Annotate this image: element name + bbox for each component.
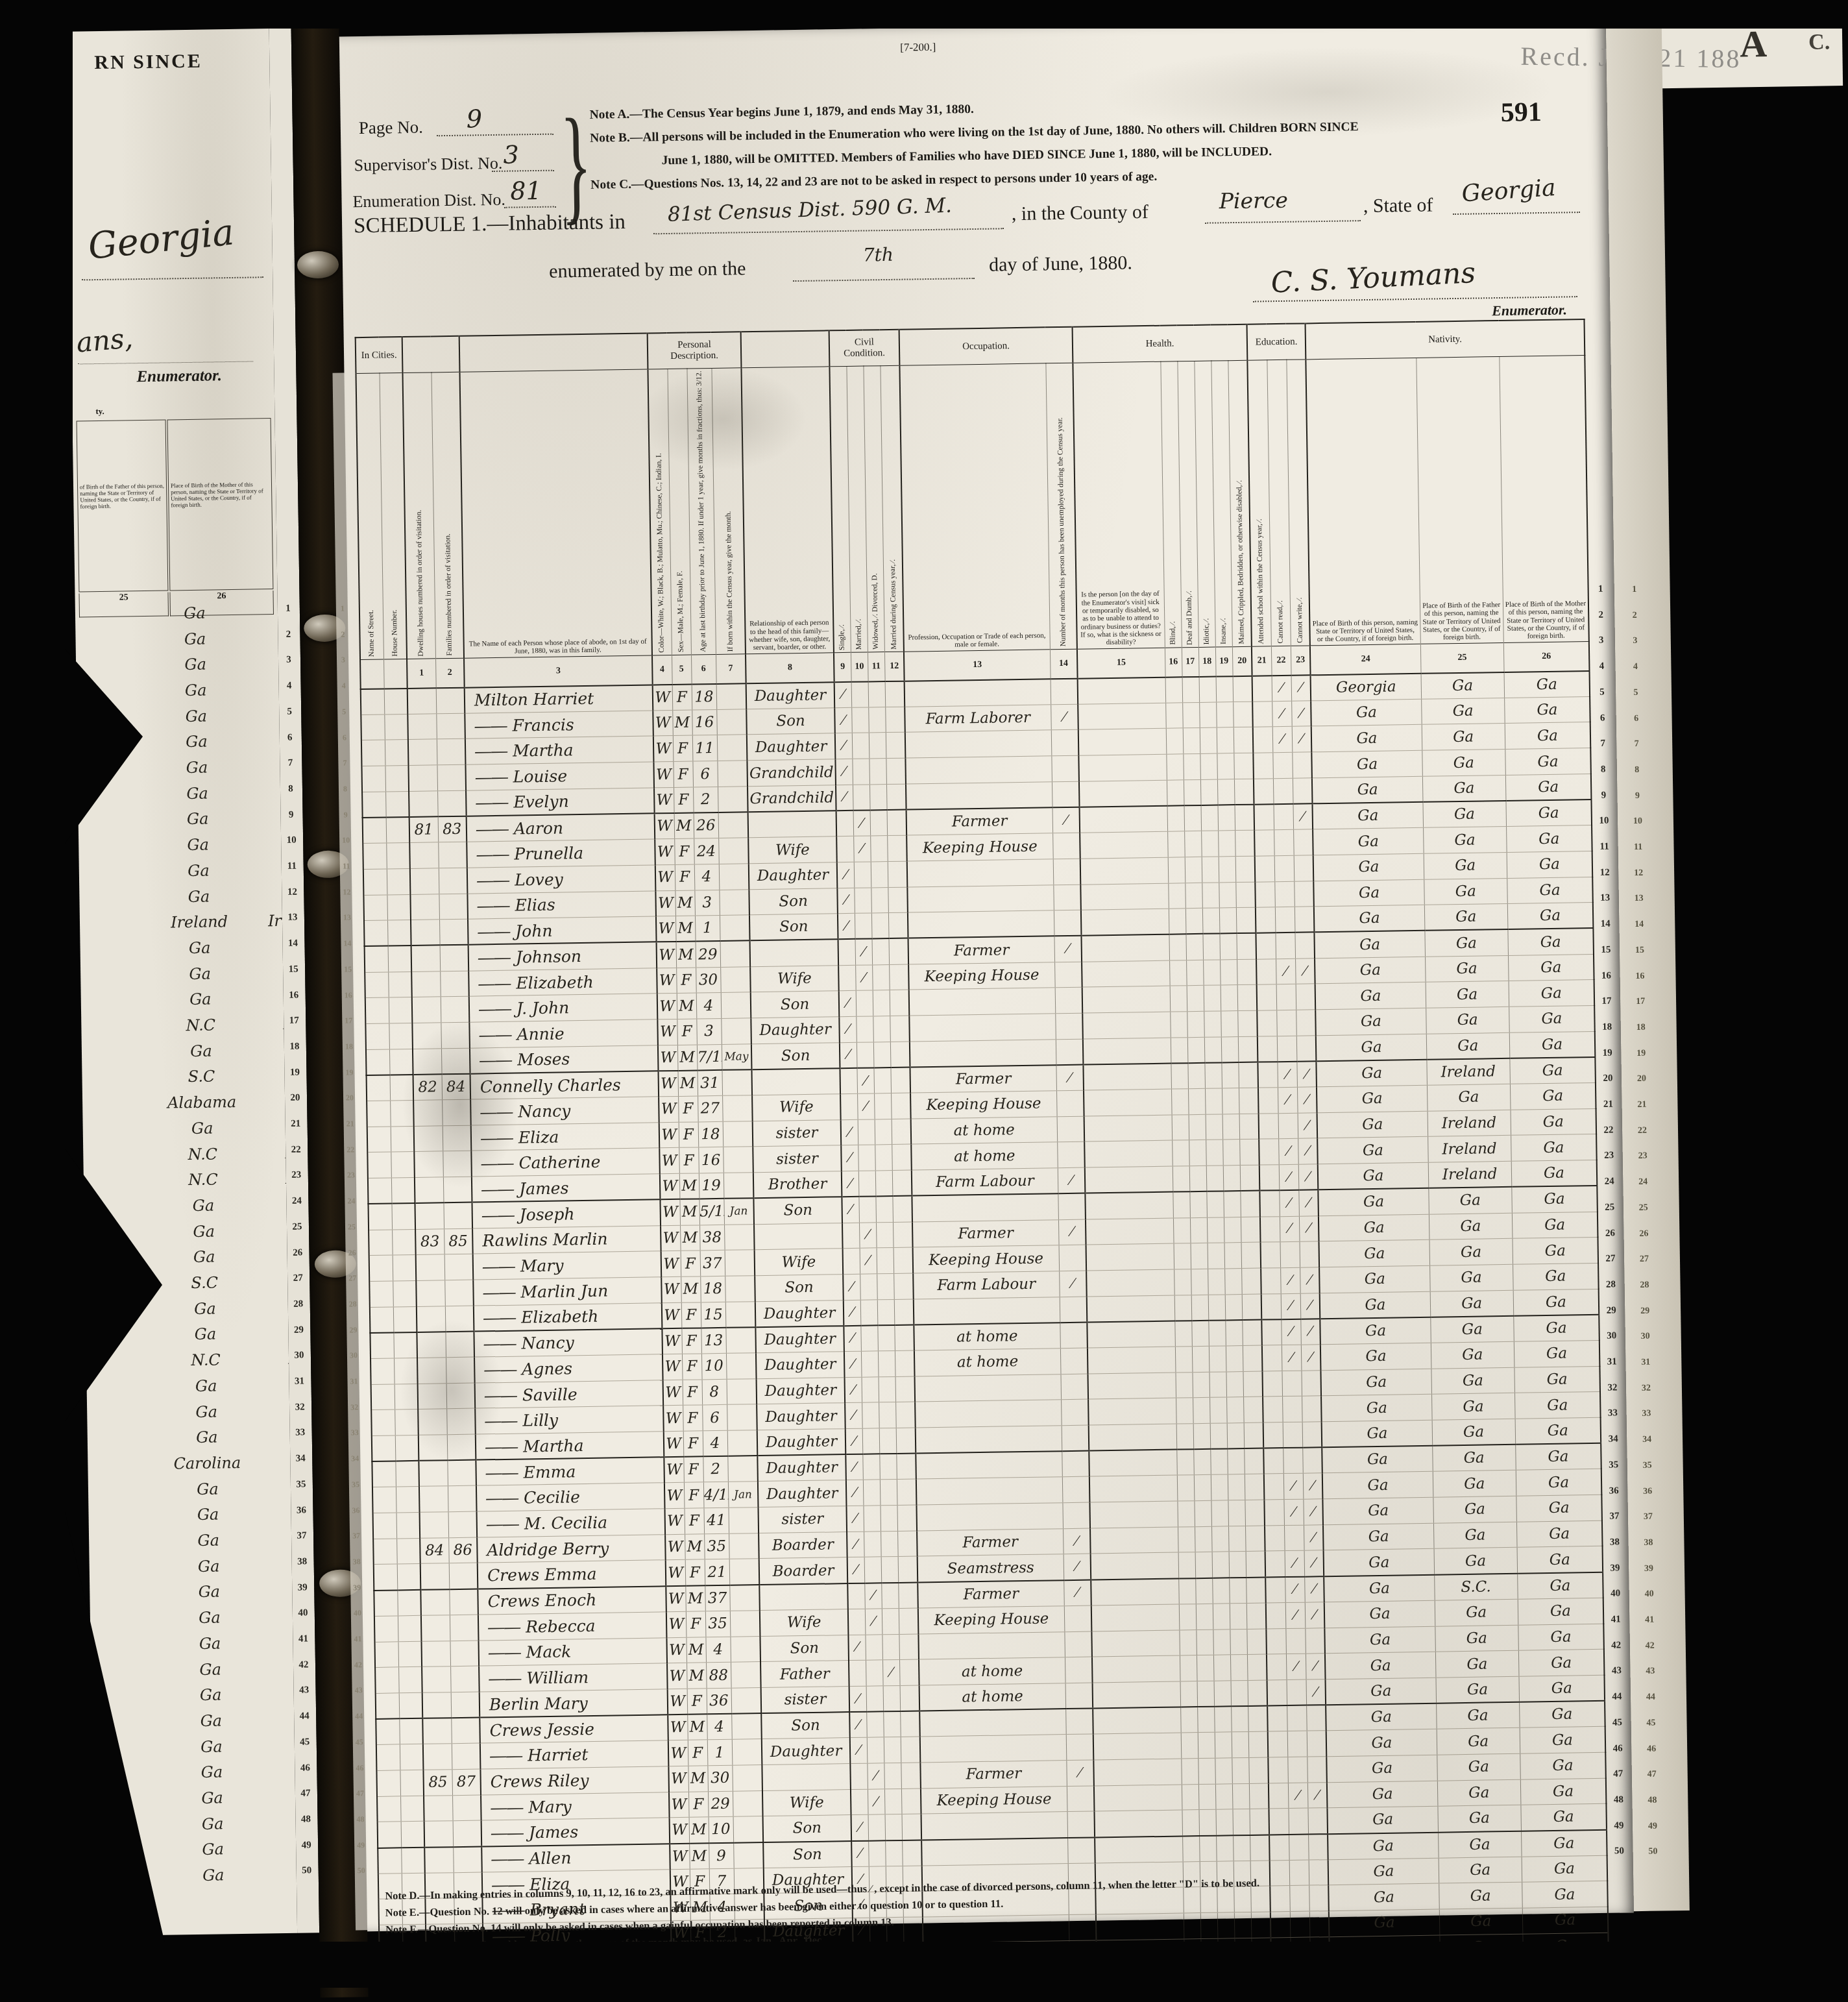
row-number: 47 bbox=[296, 1788, 315, 1799]
cell-idiotic bbox=[1212, 1552, 1230, 1578]
cell-age: 18 bbox=[692, 684, 717, 710]
cell-color: W bbox=[668, 1766, 688, 1792]
cell-color: W bbox=[660, 1174, 680, 1200]
cell-fbirth: Ga bbox=[1424, 904, 1508, 931]
cell-deaf bbox=[1185, 883, 1202, 909]
cell-sick bbox=[1078, 729, 1167, 756]
cell-insane bbox=[1219, 882, 1236, 908]
cell-deaf bbox=[1198, 1733, 1215, 1759]
cell-single bbox=[848, 1609, 866, 1635]
cell-idiotic bbox=[1209, 1346, 1226, 1372]
cell-street bbox=[363, 818, 387, 844]
cell-street bbox=[361, 714, 385, 740]
cell-rel: Daughter bbox=[757, 1377, 845, 1404]
cell-idiotic bbox=[1212, 1578, 1230, 1604]
cell-age: 24 bbox=[694, 838, 719, 864]
cell-family bbox=[453, 1820, 482, 1846]
cell-insane bbox=[1228, 1526, 1246, 1552]
cell-color: W bbox=[659, 1096, 679, 1122]
row-number: 47 bbox=[1609, 1768, 1628, 1779]
cell-fbirth: S.C. bbox=[1434, 1573, 1518, 1600]
cell-mbirth: Ga bbox=[1506, 800, 1592, 827]
cell-color: W bbox=[661, 1251, 681, 1277]
cell-family bbox=[450, 1641, 479, 1666]
cell-family bbox=[448, 1511, 478, 1537]
cell-street bbox=[368, 1178, 392, 1204]
cell-cread bbox=[1284, 1525, 1304, 1551]
cell-maimed bbox=[1245, 1474, 1265, 1500]
row-number: 5 bbox=[1626, 688, 1646, 698]
cell-widowed bbox=[879, 1428, 897, 1454]
cell-insane bbox=[1224, 1243, 1242, 1269]
cell-married: ∕ bbox=[857, 1093, 875, 1119]
cell-fbirth: Ga bbox=[1439, 1908, 1523, 1935]
col-number-sick: 15 bbox=[1077, 648, 1165, 678]
cell-fbirth: Ga bbox=[1437, 1779, 1521, 1807]
cell-occ bbox=[917, 1503, 1064, 1531]
cell-maimed bbox=[1234, 727, 1254, 753]
cell-sick bbox=[1091, 1604, 1180, 1631]
cell-insane bbox=[1216, 702, 1234, 727]
cell-maimed bbox=[1233, 676, 1253, 702]
cell-month bbox=[730, 1636, 760, 1662]
cell-fbirth: Ga bbox=[1421, 698, 1505, 725]
row-number: 15 bbox=[1596, 944, 1616, 955]
cell-single: ∕ bbox=[834, 681, 852, 707]
row-number: 11 bbox=[1594, 841, 1614, 852]
cell-name: ―― James bbox=[472, 1174, 661, 1202]
cell-birth: Ga bbox=[1322, 1472, 1433, 1499]
cell-name: ―― Elias bbox=[467, 890, 656, 919]
page-no-value: 9 bbox=[466, 104, 482, 133]
cell-family bbox=[439, 919, 468, 945]
cell-color: W bbox=[657, 942, 677, 968]
cell-deaf bbox=[1196, 1630, 1213, 1655]
cell-street bbox=[365, 972, 389, 998]
cell-fbirth: Ga bbox=[1424, 852, 1507, 879]
cell-name: ―― Emma bbox=[476, 1457, 664, 1485]
cell-insane bbox=[1221, 1036, 1239, 1062]
cell-street bbox=[361, 689, 385, 714]
cell-age: 38 bbox=[699, 1225, 725, 1251]
cell-house bbox=[400, 1770, 424, 1796]
photo-right-edge bbox=[1752, 97, 1848, 1988]
cell-cwrite bbox=[1309, 1911, 1330, 1937]
cell-unemp bbox=[1057, 1116, 1085, 1142]
cell-unemp bbox=[1062, 1476, 1090, 1502]
form-code: [7-200.] bbox=[900, 41, 936, 55]
cell-cwrite: ∕ bbox=[1301, 1345, 1321, 1371]
cell-single: ∕ bbox=[845, 1454, 863, 1480]
cell-street bbox=[365, 997, 389, 1023]
cell-single: ∕ bbox=[844, 1351, 862, 1377]
cell-maimed bbox=[1235, 882, 1256, 908]
cell-mdy bbox=[899, 1608, 919, 1634]
cell-birth: Ga bbox=[1322, 1420, 1433, 1447]
cell-blind bbox=[1174, 1295, 1192, 1321]
cell-widowed bbox=[873, 1042, 891, 1068]
cell-single bbox=[849, 1660, 866, 1686]
cell-mdy bbox=[886, 784, 906, 810]
cell-deaf bbox=[1186, 934, 1204, 960]
cell-unemp bbox=[1054, 962, 1082, 988]
cell-school bbox=[1267, 1679, 1287, 1705]
cell-cwrite bbox=[1293, 778, 1313, 804]
row-number: 14 bbox=[1596, 919, 1615, 930]
cell-unemp bbox=[1054, 910, 1082, 936]
row-number: 23 bbox=[1633, 1151, 1653, 1162]
cell-name: ―― Nancy bbox=[474, 1328, 663, 1357]
cell-deaf bbox=[1200, 1912, 1218, 1938]
cell-month bbox=[730, 1610, 760, 1636]
cell-school bbox=[1258, 1062, 1278, 1088]
cell-street bbox=[367, 1127, 391, 1153]
cell-name: ―― Elizabeth bbox=[474, 1302, 663, 1331]
cell-month bbox=[727, 1404, 757, 1430]
cell-birth: Ga bbox=[1323, 1523, 1434, 1550]
cell-insane bbox=[1234, 1886, 1251, 1912]
cell-dwelling bbox=[413, 1100, 443, 1126]
cell-occ: Farmer bbox=[910, 1065, 1057, 1093]
cell-single bbox=[850, 1763, 868, 1789]
row-number: 38 bbox=[1605, 1537, 1624, 1548]
cell-blind bbox=[1179, 1604, 1197, 1630]
cell-age: 18 bbox=[698, 1121, 723, 1147]
cell-sex: F bbox=[674, 838, 694, 864]
cell-single bbox=[840, 1093, 858, 1119]
cell-maimed bbox=[1241, 1217, 1261, 1243]
row-number: 27 bbox=[288, 1273, 308, 1284]
cell-deaf bbox=[1183, 754, 1200, 780]
row-number: 21 bbox=[286, 1118, 306, 1129]
cell-mbirth: Ga bbox=[1522, 1881, 1608, 1909]
cell-insane bbox=[1229, 1552, 1246, 1578]
cell-maimed bbox=[1237, 984, 1258, 1010]
cell-single: ∕ bbox=[837, 862, 855, 888]
cell-street bbox=[374, 1616, 398, 1642]
cell-rel: Son bbox=[746, 708, 835, 735]
cell-married: ∕ bbox=[867, 1763, 884, 1789]
cell-dwelling bbox=[424, 1821, 454, 1847]
cell-mbirth: Ga bbox=[1512, 1212, 1598, 1239]
cell-mdy bbox=[900, 1711, 920, 1737]
cell-house bbox=[384, 689, 408, 714]
cell-deaf bbox=[1184, 831, 1202, 857]
cell-unemp: ∕ bbox=[1066, 1760, 1094, 1786]
cell-cwrite: ∕ bbox=[1292, 726, 1312, 752]
cell-mdy bbox=[894, 1324, 914, 1350]
cell-age: 2 bbox=[703, 1456, 728, 1482]
cell-rel: Son bbox=[749, 888, 838, 915]
cell-idiotic bbox=[1214, 1681, 1232, 1707]
row-number: 45 bbox=[295, 1737, 315, 1748]
cell-mdy bbox=[900, 1685, 920, 1711]
cell-month bbox=[723, 1121, 753, 1147]
cell-maimed bbox=[1238, 1036, 1258, 1062]
cell-mdy bbox=[891, 1093, 911, 1119]
cell-cwrite: ∕ bbox=[1298, 1164, 1319, 1190]
cell-family bbox=[446, 1357, 475, 1383]
cell-house bbox=[394, 1358, 418, 1384]
cell-house bbox=[398, 1615, 422, 1641]
row-number: 45 bbox=[1607, 1717, 1627, 1728]
cell-idiotic bbox=[1199, 702, 1217, 728]
cell-month bbox=[733, 1816, 764, 1842]
cell-cwrite: ∕ bbox=[1306, 1654, 1326, 1679]
cell-mdy bbox=[897, 1505, 918, 1531]
cell-idiotic bbox=[1208, 1269, 1225, 1295]
cell-birth: Ga bbox=[1317, 1111, 1428, 1138]
cell-blind bbox=[1167, 780, 1184, 806]
cell-month bbox=[729, 1585, 760, 1611]
photo-top-edge bbox=[0, 0, 1848, 29]
cell-rel: Son bbox=[761, 1712, 850, 1739]
cell-occ bbox=[912, 1194, 1058, 1222]
cell-idiotic bbox=[1216, 1835, 1234, 1861]
row-number: 47 bbox=[1642, 1770, 1662, 1780]
cell-maimed bbox=[1234, 753, 1254, 779]
row-number: 36 bbox=[1638, 1486, 1657, 1496]
cell-blind bbox=[1166, 754, 1184, 780]
cell-age: 15 bbox=[701, 1302, 726, 1328]
cell-blind bbox=[1176, 1398, 1193, 1424]
cell-occ: Farm Labour bbox=[913, 1271, 1060, 1299]
cell-idiotic bbox=[1213, 1655, 1231, 1681]
cell-sex: F bbox=[683, 1405, 703, 1431]
cell-birth: Ga bbox=[1315, 931, 1426, 958]
cell-sick bbox=[1078, 754, 1167, 781]
cell-widowed bbox=[869, 784, 887, 810]
row-number: 6 bbox=[280, 732, 300, 743]
cell-blind bbox=[1172, 1115, 1189, 1141]
cell-rel: Father bbox=[760, 1661, 849, 1688]
cell-single: ∕ bbox=[842, 1171, 859, 1197]
cell-maimed bbox=[1244, 1422, 1264, 1448]
cell-married: ∕ bbox=[859, 1222, 877, 1248]
cell-cwrite: ∕ bbox=[1304, 1550, 1324, 1576]
cell-house bbox=[388, 946, 412, 971]
cell-color: W bbox=[653, 736, 674, 762]
cell-idiotic bbox=[1204, 1062, 1222, 1088]
census-scan: RN SINCE Georgia ans, Enumerator. ty. of… bbox=[0, 0, 1848, 1988]
cell-occ: Farmer bbox=[920, 1761, 1067, 1788]
col-number-widowed: 11 bbox=[868, 652, 885, 681]
cell-dwelling bbox=[408, 739, 437, 765]
cell-widowed bbox=[883, 1711, 901, 1737]
cell-sick bbox=[1088, 1398, 1176, 1425]
cell-cread bbox=[1289, 1834, 1309, 1860]
row-number: 37 bbox=[1638, 1512, 1658, 1522]
cell-sick bbox=[1084, 1141, 1173, 1168]
cell-unemp bbox=[1062, 1502, 1090, 1528]
cell-blind bbox=[1181, 1759, 1198, 1785]
cell-fbirth: Ga bbox=[1426, 1007, 1509, 1034]
cell-cwrite bbox=[1302, 1396, 1322, 1422]
cell-sex: F bbox=[681, 1302, 701, 1328]
row-number: 29 bbox=[289, 1324, 308, 1336]
cell-married bbox=[861, 1351, 879, 1377]
cell-occ bbox=[909, 1014, 1056, 1042]
cell-family bbox=[451, 1718, 480, 1744]
cell-color: W bbox=[669, 1792, 689, 1818]
cell-married bbox=[866, 1711, 884, 1737]
county-label: , in the County of bbox=[1012, 201, 1149, 225]
row-number: 37 bbox=[292, 1531, 311, 1542]
cell-blind bbox=[1170, 986, 1187, 1012]
cell-maimed bbox=[1239, 1140, 1259, 1166]
enumeration-label: Enumeration Dist. No. bbox=[352, 190, 505, 212]
cell-occ bbox=[920, 1735, 1067, 1763]
cell-insane bbox=[1222, 1114, 1240, 1140]
cell-insane bbox=[1222, 1088, 1239, 1114]
cell-month bbox=[727, 1456, 758, 1482]
cell-deaf bbox=[1186, 960, 1204, 986]
cell-unemp bbox=[1060, 1297, 1088, 1323]
cell-mbirth: Ga bbox=[1506, 825, 1592, 853]
cell-cread: ∕ bbox=[1276, 958, 1296, 984]
group-health: Health. bbox=[1073, 324, 1248, 363]
cell-cwrite bbox=[1307, 1731, 1327, 1757]
cell-cread bbox=[1282, 1397, 1302, 1422]
cell-fbirth: Ga bbox=[1436, 1702, 1520, 1729]
cell-single: ∕ bbox=[851, 1815, 869, 1841]
cell-dwelling: 84 bbox=[420, 1537, 449, 1563]
row-number: 27 bbox=[1635, 1254, 1654, 1265]
row-number: 34 bbox=[291, 1453, 310, 1464]
cell-mdy bbox=[890, 1016, 910, 1042]
row-number: 24 bbox=[287, 1195, 306, 1206]
cell-age: 88 bbox=[706, 1663, 731, 1689]
cell-single: ∕ bbox=[847, 1506, 864, 1532]
cell-color: W bbox=[655, 864, 675, 890]
cell-house bbox=[390, 1075, 414, 1101]
cell-sick bbox=[1086, 1243, 1174, 1271]
cell-street bbox=[365, 1023, 389, 1049]
page-no-label: Page No. bbox=[359, 117, 423, 138]
cell-school bbox=[1256, 958, 1276, 984]
col-number-family: 2 bbox=[435, 658, 465, 688]
cell-house bbox=[386, 843, 410, 869]
cell-month bbox=[718, 812, 749, 838]
cell-unemp: ∕ bbox=[1056, 1065, 1084, 1091]
cell-deaf bbox=[1195, 1578, 1213, 1604]
cell-street bbox=[372, 1461, 396, 1487]
row-number: 31 bbox=[1602, 1356, 1622, 1367]
cell-school bbox=[1265, 1551, 1285, 1577]
cell-single bbox=[840, 1068, 858, 1094]
cell-widowed bbox=[878, 1350, 895, 1376]
row-number: 39 bbox=[293, 1582, 312, 1593]
cell-birth: Ga bbox=[1317, 1085, 1428, 1112]
cell-idiotic bbox=[1202, 883, 1219, 909]
cell-house bbox=[395, 1384, 419, 1410]
cell-fbirth: Ga bbox=[1436, 1676, 1520, 1703]
cell-school bbox=[1254, 830, 1274, 856]
cell-cread: ∕ bbox=[1272, 701, 1292, 727]
cell-mdy bbox=[902, 1840, 922, 1866]
cell-name: ―― Rebecca bbox=[478, 1612, 667, 1641]
cell-birth: Ga bbox=[1313, 879, 1424, 907]
cell-sex: F bbox=[674, 787, 694, 813]
cell-occ bbox=[915, 1374, 1062, 1402]
row-number: 11 bbox=[282, 861, 302, 872]
cell-dwelling bbox=[407, 714, 437, 740]
cell-sex: F bbox=[688, 1791, 709, 1817]
cell-unemp bbox=[1055, 1013, 1083, 1039]
cell-month bbox=[723, 1147, 753, 1173]
cell-sick bbox=[1095, 1836, 1183, 1863]
cell-idiotic bbox=[1211, 1526, 1229, 1552]
cell-mbirth: Ga bbox=[1517, 1546, 1603, 1574]
cell-family: 84 bbox=[442, 1074, 471, 1100]
cell-blind bbox=[1172, 1140, 1189, 1166]
cell-mdy bbox=[887, 835, 907, 861]
row-number: 30 bbox=[1636, 1332, 1655, 1342]
cell-unemp: ∕ bbox=[1064, 1554, 1091, 1580]
cell-rel bbox=[754, 1223, 843, 1250]
row-number: 35 bbox=[1638, 1460, 1657, 1471]
cell-idiotic bbox=[1202, 908, 1220, 934]
row-number: 7 bbox=[1627, 739, 1646, 750]
row-number: 17 bbox=[1631, 997, 1650, 1007]
cell-idiotic bbox=[1206, 1166, 1224, 1191]
cell-mbirth: Ga bbox=[1505, 748, 1591, 775]
cell-age: 35 bbox=[704, 1533, 729, 1559]
cell-mbirth: Ga bbox=[1507, 877, 1593, 904]
row-number: 30 bbox=[1602, 1331, 1622, 1342]
cell-mbirth: Ga bbox=[1504, 671, 1590, 698]
cell-maimed bbox=[1235, 805, 1255, 831]
row-number: 41 bbox=[293, 1633, 313, 1644]
cell-age: 4 bbox=[694, 864, 720, 890]
cell-sex: M bbox=[681, 1276, 701, 1302]
cell-family bbox=[437, 764, 466, 790]
cell-street bbox=[363, 869, 387, 895]
cell-color: W bbox=[666, 1560, 686, 1586]
cell-mbirth: Ga bbox=[1514, 1392, 1601, 1419]
cell-house bbox=[388, 971, 412, 997]
cell-widowed bbox=[872, 939, 890, 965]
cell-rel: Son bbox=[763, 1815, 852, 1842]
cell-occ bbox=[906, 782, 1052, 810]
cell-idiotic bbox=[1211, 1474, 1228, 1500]
cell-sex: M bbox=[686, 1637, 706, 1663]
cell-dwelling bbox=[420, 1563, 450, 1589]
cell-house bbox=[389, 1049, 413, 1075]
cell-fbirth: Ireland bbox=[1428, 1110, 1511, 1137]
cell-sex: F bbox=[679, 1147, 699, 1173]
cell-cread bbox=[1277, 1036, 1297, 1062]
cell-school bbox=[1264, 1474, 1284, 1500]
cell-cwrite bbox=[1294, 855, 1314, 881]
cell-mdy bbox=[903, 1917, 923, 1943]
cell-month: Jan bbox=[728, 1482, 759, 1508]
cell-sick bbox=[1080, 883, 1169, 910]
cell-birth: Ga bbox=[1324, 1574, 1435, 1602]
cell-rel bbox=[759, 1583, 848, 1611]
cell-fbirth: Ga bbox=[1439, 1857, 1522, 1884]
cell-dwelling bbox=[417, 1358, 446, 1384]
cell-deaf bbox=[1191, 1295, 1209, 1321]
cell-married bbox=[852, 733, 869, 759]
cell-unemp bbox=[1064, 1631, 1092, 1657]
cell-insane bbox=[1230, 1629, 1247, 1655]
cell-cwrite: ∕ bbox=[1306, 1679, 1326, 1705]
cell-school bbox=[1267, 1705, 1287, 1731]
cell-mdy bbox=[895, 1402, 916, 1428]
cell-blind bbox=[1169, 934, 1187, 960]
cell-month bbox=[717, 735, 748, 761]
